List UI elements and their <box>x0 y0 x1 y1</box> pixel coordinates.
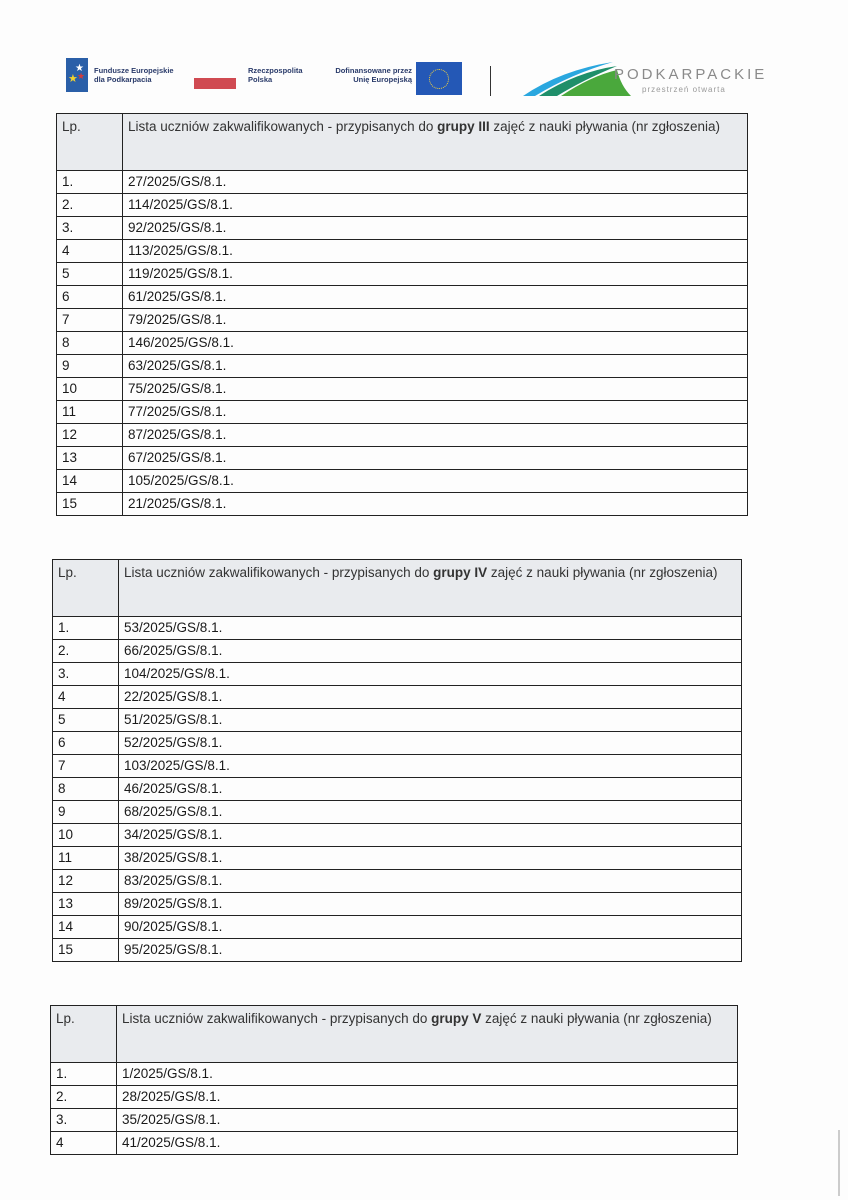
table-row: 551/2025/GS/8.1. <box>53 709 742 732</box>
lp-header: Lp. <box>53 560 119 617</box>
row-number: 8 <box>53 778 119 801</box>
application-number: 34/2025/GS/8.1. <box>119 824 742 847</box>
row-number: 11 <box>53 847 119 870</box>
application-number: 114/2025/GS/8.1. <box>123 194 748 217</box>
podkarpackie-subtitle: przestrzeń otwarta <box>642 85 726 94</box>
application-number: 146/2025/GS/8.1. <box>123 332 748 355</box>
table-row: 422/2025/GS/8.1. <box>53 686 742 709</box>
application-number: 105/2025/GS/8.1. <box>123 470 748 493</box>
lp-header: Lp. <box>57 114 123 171</box>
application-number: 90/2025/GS/8.1. <box>119 916 742 939</box>
row-number: 12 <box>57 424 123 447</box>
table-header-row: Lp.Lista uczniów zakwalifikowanych - prz… <box>57 114 748 171</box>
application-number: 53/2025/GS/8.1. <box>119 617 742 640</box>
table-header-row: Lp.Lista uczniów zakwalifikowanych - prz… <box>53 560 742 617</box>
row-number: 15 <box>53 939 119 962</box>
header-logos: ★ ★ ★ Fundusze Europejskie dla Podkarpac… <box>66 58 786 98</box>
table-row: 652/2025/GS/8.1. <box>53 732 742 755</box>
application-number: 119/2025/GS/8.1. <box>123 263 748 286</box>
row-number: 5 <box>57 263 123 286</box>
application-number: 38/2025/GS/8.1. <box>119 847 742 870</box>
application-number: 27/2025/GS/8.1. <box>123 171 748 194</box>
row-number: 1. <box>57 171 123 194</box>
row-number: 13 <box>53 893 119 916</box>
table-header-row: Lp.Lista uczniów zakwalifikowanych - prz… <box>51 1006 738 1063</box>
application-number: 41/2025/GS/8.1. <box>117 1132 738 1155</box>
row-number: 4 <box>53 686 119 709</box>
podkarpackie-title: PODKARPACKIE <box>614 66 767 83</box>
row-number: 2. <box>51 1086 117 1109</box>
row-number: 2. <box>53 640 119 663</box>
list-header: Lista uczniów zakwalifikowanych - przypi… <box>123 114 748 171</box>
group-name: grupy IV <box>433 565 487 580</box>
row-number: 14 <box>57 470 123 493</box>
list-header: Lista uczniów zakwalifikowanych - przypi… <box>119 560 742 617</box>
table-row: 2.114/2025/GS/8.1. <box>57 194 748 217</box>
application-number: 87/2025/GS/8.1. <box>123 424 748 447</box>
row-number: 10 <box>53 824 119 847</box>
application-number: 83/2025/GS/8.1. <box>119 870 742 893</box>
fundusze-europejskie-logo-icon: ★ ★ ★ <box>66 58 88 92</box>
group-name: grupy V <box>431 1011 481 1026</box>
table-row: 14105/2025/GS/8.1. <box>57 470 748 493</box>
application-number: 61/2025/GS/8.1. <box>123 286 748 309</box>
row-number: 3. <box>53 663 119 686</box>
page-edge <box>838 1130 840 1196</box>
table-row: 2.66/2025/GS/8.1. <box>53 640 742 663</box>
table-row: 1075/2025/GS/8.1. <box>57 378 748 401</box>
row-number: 6 <box>53 732 119 755</box>
table-row: 7103/2025/GS/8.1. <box>53 755 742 778</box>
group-name: grupy III <box>437 119 490 134</box>
application-number: 1/2025/GS/8.1. <box>117 1063 738 1086</box>
lp-header: Lp. <box>51 1006 117 1063</box>
table-row: 1177/2025/GS/8.1. <box>57 401 748 424</box>
eu-flag-icon <box>416 62 462 95</box>
table-row: 1367/2025/GS/8.1. <box>57 447 748 470</box>
row-number: 8 <box>57 332 123 355</box>
table-row: 1283/2025/GS/8.1. <box>53 870 742 893</box>
table-row: 1.27/2025/GS/8.1. <box>57 171 748 194</box>
row-number: 1. <box>53 617 119 640</box>
row-number: 7 <box>57 309 123 332</box>
fundusze-europejskie-label: Fundusze Europejskie dla Podkarpacia <box>94 66 174 84</box>
application-number: 68/2025/GS/8.1. <box>119 801 742 824</box>
table-row: 661/2025/GS/8.1. <box>57 286 748 309</box>
application-number: 104/2025/GS/8.1. <box>119 663 742 686</box>
table-row: 3.35/2025/GS/8.1. <box>51 1109 738 1132</box>
application-number: 35/2025/GS/8.1. <box>117 1109 738 1132</box>
table-row: 1595/2025/GS/8.1. <box>53 939 742 962</box>
application-number: 113/2025/GS/8.1. <box>123 240 748 263</box>
application-number: 95/2025/GS/8.1. <box>119 939 742 962</box>
row-number: 3. <box>57 217 123 240</box>
group-iv-table: Lp.Lista uczniów zakwalifikowanych - prz… <box>52 559 742 962</box>
row-number: 4 <box>57 240 123 263</box>
table-row: 963/2025/GS/8.1. <box>57 355 748 378</box>
table-row: 2.28/2025/GS/8.1. <box>51 1086 738 1109</box>
table-row: 846/2025/GS/8.1. <box>53 778 742 801</box>
table-row: 1521/2025/GS/8.1. <box>57 493 748 516</box>
group-iii-table: Lp.Lista uczniów zakwalifikowanych - prz… <box>56 113 748 516</box>
row-number: 10 <box>57 378 123 401</box>
polish-flag-icon <box>194 78 236 89</box>
application-number: 103/2025/GS/8.1. <box>119 755 742 778</box>
row-number: 1. <box>51 1063 117 1086</box>
row-number: 7 <box>53 755 119 778</box>
application-number: 51/2025/GS/8.1. <box>119 709 742 732</box>
table-row: 441/2025/GS/8.1. <box>51 1132 738 1155</box>
application-number: 46/2025/GS/8.1. <box>119 778 742 801</box>
application-number: 63/2025/GS/8.1. <box>123 355 748 378</box>
table-row: 4113/2025/GS/8.1. <box>57 240 748 263</box>
list-header: Lista uczniów zakwalifikowanych - przypi… <box>117 1006 738 1063</box>
table-row: 1138/2025/GS/8.1. <box>53 847 742 870</box>
table-row: 1287/2025/GS/8.1. <box>57 424 748 447</box>
table-row: 5119/2025/GS/8.1. <box>57 263 748 286</box>
application-number: 77/2025/GS/8.1. <box>123 401 748 424</box>
rzeczpospolita-polska-label: Rzeczpospolita Polska <box>248 66 303 84</box>
application-number: 22/2025/GS/8.1. <box>119 686 742 709</box>
table-row: 1389/2025/GS/8.1. <box>53 893 742 916</box>
eu-funding-label: Dofinansowane przez Unię Europejską <box>320 66 412 84</box>
table-row: 3.104/2025/GS/8.1. <box>53 663 742 686</box>
table-row: 8146/2025/GS/8.1. <box>57 332 748 355</box>
application-number: 89/2025/GS/8.1. <box>119 893 742 916</box>
row-number: 11 <box>57 401 123 424</box>
row-number: 5 <box>53 709 119 732</box>
application-number: 79/2025/GS/8.1. <box>123 309 748 332</box>
application-number: 92/2025/GS/8.1. <box>123 217 748 240</box>
table-row: 1034/2025/GS/8.1. <box>53 824 742 847</box>
row-number: 13 <box>57 447 123 470</box>
row-number: 12 <box>53 870 119 893</box>
row-number: 9 <box>57 355 123 378</box>
table-row: 779/2025/GS/8.1. <box>57 309 748 332</box>
row-number: 3. <box>51 1109 117 1132</box>
table-row: 1.1/2025/GS/8.1. <box>51 1063 738 1086</box>
logo-divider <box>490 66 491 96</box>
row-number: 9 <box>53 801 119 824</box>
table-row: 1.53/2025/GS/8.1. <box>53 617 742 640</box>
application-number: 21/2025/GS/8.1. <box>123 493 748 516</box>
row-number: 6 <box>57 286 123 309</box>
application-number: 66/2025/GS/8.1. <box>119 640 742 663</box>
application-number: 52/2025/GS/8.1. <box>119 732 742 755</box>
application-number: 28/2025/GS/8.1. <box>117 1086 738 1109</box>
application-number: 67/2025/GS/8.1. <box>123 447 748 470</box>
group-v-table: Lp.Lista uczniów zakwalifikowanych - prz… <box>50 1005 738 1155</box>
row-number: 2. <box>57 194 123 217</box>
table-row: 1490/2025/GS/8.1. <box>53 916 742 939</box>
application-number: 75/2025/GS/8.1. <box>123 378 748 401</box>
row-number: 4 <box>51 1132 117 1155</box>
row-number: 14 <box>53 916 119 939</box>
row-number: 15 <box>57 493 123 516</box>
table-row: 968/2025/GS/8.1. <box>53 801 742 824</box>
table-row: 3.92/2025/GS/8.1. <box>57 217 748 240</box>
